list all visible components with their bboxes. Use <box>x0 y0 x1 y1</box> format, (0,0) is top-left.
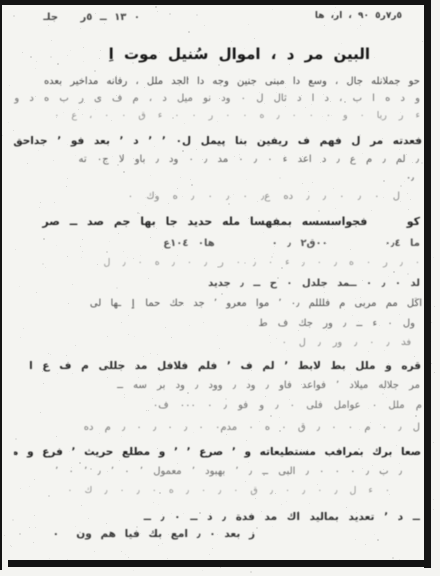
text-line: حو جملانله جال ، وسع دا مبنی جنین وجه دا… <box>14 76 420 93</box>
document-title: البین مر د ، اموال سُنیل موت اِ ـ <box>108 45 370 71</box>
text-line: ٠٫ <box>388 173 414 187</box>
text-line: قره و ملل بط لابط ٬ لم ف ٬ فلم فلافل مد … <box>14 360 421 378</box>
text-line: م ملل ٠ عوامل فلی ٠ ٫ و فو ٫ ٠ ٠٠٠ ف٠ <box>30 400 422 417</box>
text-line: ما ٠٫٤ ٠٠ق٢ ٫ ٠ ها٠ ١٠٤ع <box>2 238 420 255</box>
scanned-document-page: ٠ ١٣ ــ ٥ر جلـ٥ر٧ر٥ ٩٠ ، ار، هاالبین مر … <box>0 0 440 576</box>
page-border-left <box>0 0 2 570</box>
page-border-bottom <box>8 560 430 567</box>
text-line: ٫ لم ٫ م ع ٫ د اعد ء ٠ ٫ ٠ مد ٫ ٠ ود ٫ ب… <box>14 154 419 171</box>
text-line: ز بعد ٠ ٫ امع بك فیا هم ون ٠ <box>13 528 255 546</box>
text-line: فعدته مر ل فهم ف ریفین بنا پیمل ل٠ ٬ ٬ د… <box>14 135 422 153</box>
text-line: ل ٫ ٠ م ٠ ٠ ٫ ق ٠ ه ٠ مدم٠ ٠ ٫ ٠ ٫ ٠ ٫ م… <box>10 422 420 439</box>
text-line: لد ٠ ٫ ٠ ــمد جلدل ٠ ح ــ ٫ جدید <box>140 278 420 295</box>
text-line: ٠ ء ل ٫ ٠ ٫ ٠ ٫ ق ٠ ٫ ٠ ٫ ه ٠ ٫ ٠ ٫ ك ٠ <box>10 485 390 501</box>
text-line: صعا برك بمرافب مستطیعاته و ٬ صرع ٬ ٬ و م… <box>14 446 421 464</box>
text-line: مر جلاله میلاد ٬ فواعد فاو ٫ ود ٫ وود ٫ … <box>12 380 420 397</box>
text-line: و د ه ا ب ، د ا د ثال ل ٠ ود نو میل د ، … <box>14 93 420 110</box>
text-line: فد ٫ ٠ ٫ ور ٫ ل ٠ <box>193 337 411 353</box>
page-border-top <box>0 0 431 5</box>
text-line: ل ٠ ٫ ٠ ٫ ٫ ده ع٫ ٠ ٫ ٠ ٫ ه وك ٠ <box>55 191 400 208</box>
header-stamp-right: ٥ر٧ر٥ ٩٠ ، ار، ها <box>298 11 402 26</box>
text-line: ٠ ٫ ر ٠ ه ٫ ٠ ٫ ء ٠ ٫ ٠ ر ٫ ٠ ٫ ه ٠ ٫ ل <box>10 257 420 273</box>
text-line: كو فجواسسسه بمفهسا مله حدید جا بها جم صد… <box>12 215 420 234</box>
text-line: اڭل مم مربی م فلللم ٠٫ ٬ موا معرو ٬ جد ح… <box>18 298 422 315</box>
text-line: ول ٠ ء ــ ٫ ور جك ف ط <box>200 318 415 335</box>
text-line: ء ر ریا ٠ و ٠ ٠ ٠ ٫ ه ٠ ٠ ر ٠ ٠ ء ق ٠ ٠ … <box>14 110 420 126</box>
header-stamp-left: ٠ ١٣ ــ ٥ر جلـ <box>22 12 140 29</box>
text-line: ــ د ٬ تعدید بمالید اك مد فدة ٫ د ــ ٠ ٫… <box>105 511 420 529</box>
text-line: ٫ ب ٫ ٠ ٠ ٠ ٫ البی ــ ٫ ٬ بهبود ٬ معمول … <box>20 466 402 483</box>
page-border-right <box>424 0 431 568</box>
